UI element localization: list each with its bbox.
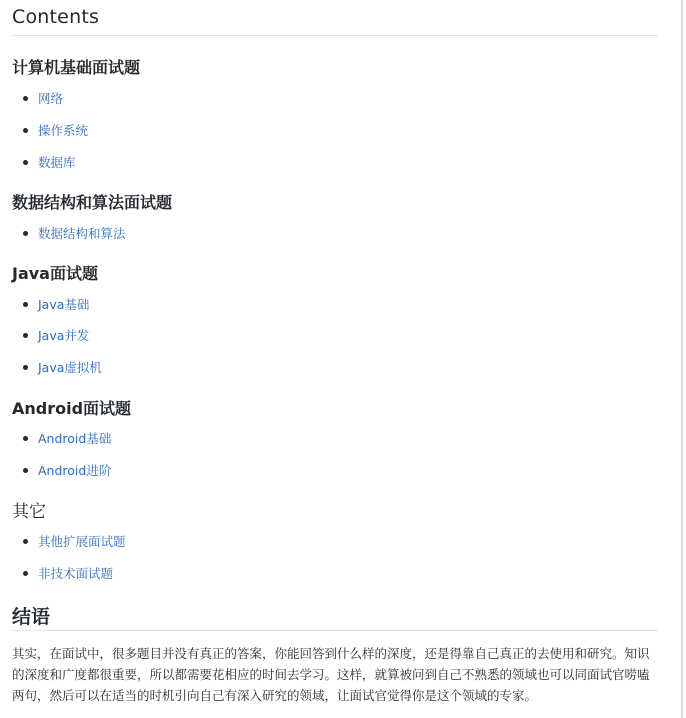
link-operating-system[interactable]: 操作系统 xyxy=(38,121,88,139)
bullet-icon xyxy=(23,436,28,441)
link-database[interactable]: 数据库 xyxy=(38,153,76,171)
bullet-icon xyxy=(23,231,28,236)
conclusion-title: 结语 xyxy=(12,602,50,629)
section-heading-android: Android面试题 xyxy=(12,396,131,419)
contents-title: Contents xyxy=(12,6,99,28)
section-heading-data-structures: 数据结构和算法面试题 xyxy=(12,190,172,213)
link-other-extended[interactable]: 其他扩展面试题 xyxy=(38,532,126,550)
link-android-advanced[interactable]: Android进阶 xyxy=(38,461,111,479)
section-heading-java: Java面试题 xyxy=(12,261,98,284)
bullet-icon xyxy=(23,96,28,101)
bullet-icon xyxy=(23,365,28,370)
title-divider xyxy=(12,35,658,36)
bullet-icon xyxy=(23,571,28,576)
link-non-technical[interactable]: 非技术面试题 xyxy=(38,564,113,582)
conclusion-paragraph: 其实，在面试中，很多题目并没有真正的答案，你能回答到什么样的深度，还是得靠自己真… xyxy=(12,643,658,706)
link-java-basics[interactable]: Java基础 xyxy=(38,295,89,313)
link-network[interactable]: 网络 xyxy=(38,89,63,107)
link-java-concurrency[interactable]: Java并发 xyxy=(38,326,89,344)
section-heading-cs-basics: 计算机基础面试题 xyxy=(12,55,140,78)
section-heading-other: 其它 xyxy=(12,497,46,522)
bullet-icon xyxy=(23,128,28,133)
link-java-vm[interactable]: Java虚拟机 xyxy=(38,358,102,376)
bullet-icon xyxy=(23,333,28,338)
link-data-structures-algorithms[interactable]: 数据结构和算法 xyxy=(38,224,126,242)
bullet-icon xyxy=(23,160,28,165)
bullet-icon xyxy=(23,539,28,544)
conclusion-divider xyxy=(12,630,658,631)
bullet-icon xyxy=(23,302,28,307)
link-android-basics[interactable]: Android基础 xyxy=(38,429,111,447)
bullet-icon xyxy=(23,468,28,473)
page-right-border xyxy=(681,0,683,718)
